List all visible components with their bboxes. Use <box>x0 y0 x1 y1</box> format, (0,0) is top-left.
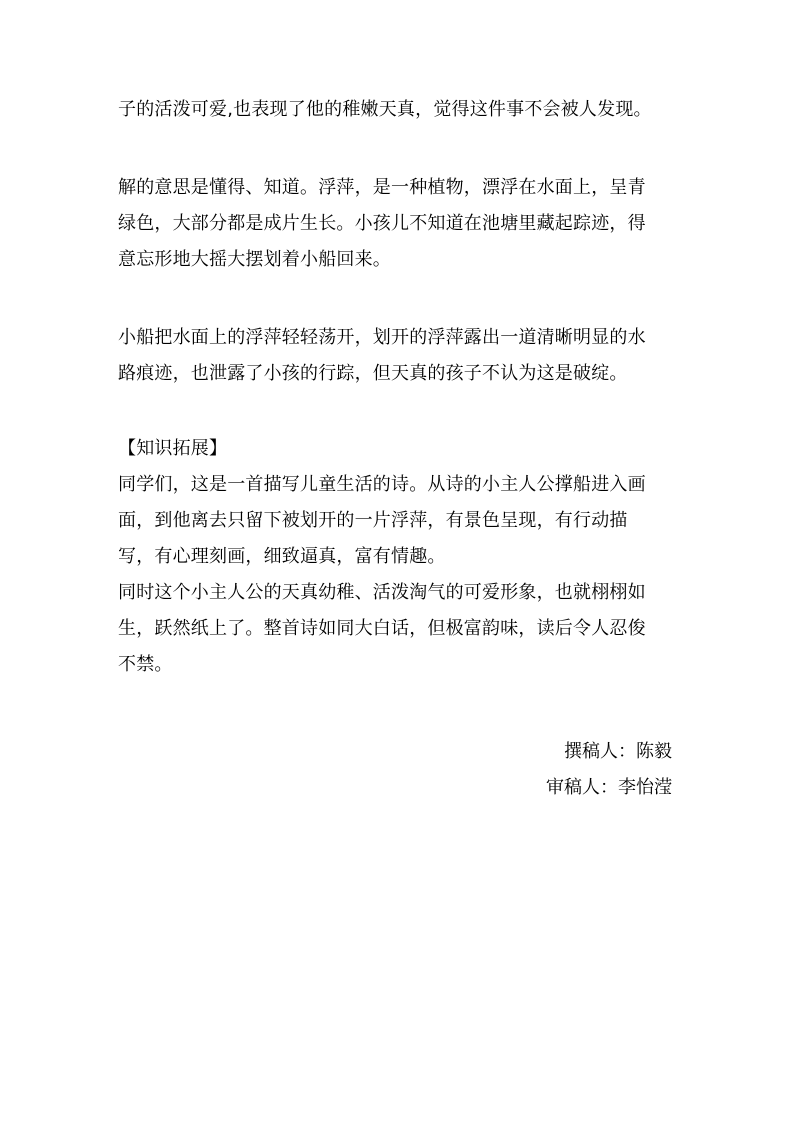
paragraph-3-line-2: 路痕迹，也泄露了小孩的行踪，但天真的孩子不认为这是破绽。 <box>118 362 628 386</box>
section-line-6: 不禁。 <box>118 653 173 677</box>
author-signature: 撰稿人：陈毅 <box>564 740 672 764</box>
paragraph-2-line-3: 意忘形地大摇大摆划着小船回来。 <box>118 248 391 272</box>
paragraph-3-line-1: 小船把水面上的浮萍轻轻荡开，划开的浮萍露出一道清晰明显的水 <box>118 326 646 350</box>
document-page: 子的活泼可爱,也表现了他的稚嫩天真，觉得这件事不会被人发现。 解的意思是懂得、知… <box>0 0 793 1123</box>
section-heading: 【知识拓展】 <box>118 437 227 461</box>
section-line-3: 写，有心理刻画，细致逼真，富有情趣。 <box>118 545 446 569</box>
section-line-5: 生，跃然纸上了。整首诗如同大白话，但极富韵味，读后令人忍俊 <box>118 617 646 641</box>
section-line-4: 同时这个小主人公的天真幼稚、活泼淘气的可爱形象，也就栩栩如 <box>118 581 646 605</box>
section-line-2: 面，到他离去只留下被划开的一片浮萍，有景色呈现，有行动描 <box>118 509 628 533</box>
section-line-1: 同学们，这是一首描写儿童生活的诗。从诗的小主人公撑船进入画 <box>118 473 646 497</box>
paragraph-2-line-1: 解的意思是懂得、知道。浮萍，是一种植物，漂浮在水面上，呈青 <box>118 176 646 200</box>
paragraph-2-line-2: 绿色，大部分都是成片生长。小孩儿不知道在池塘里藏起踪迹，得 <box>118 212 646 236</box>
reviewer-signature: 审稿人：李怡滢 <box>546 776 672 800</box>
paragraph-1-line-1: 子的活泼可爱,也表现了他的稚嫩天真，觉得这件事不会被人发现。 <box>118 98 652 122</box>
